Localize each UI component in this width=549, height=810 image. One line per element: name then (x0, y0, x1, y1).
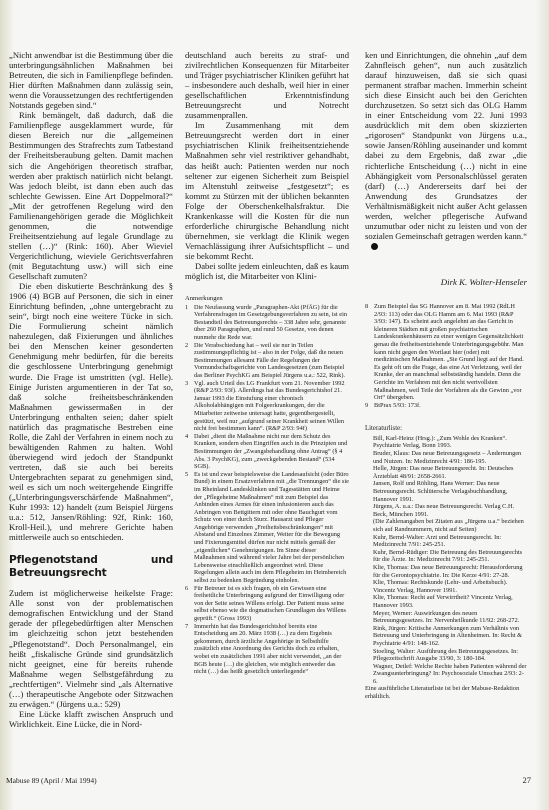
column1-paragraph: Rink bemängelt, daß dadurch, daß die Fam… (9, 110, 173, 281)
footnotes-title: Anmerkungen (185, 295, 349, 303)
footnote: 2 Die Verabschiedung hat – weil sie nur … (185, 342, 349, 380)
literature-entry: Stoeling, Walter: Ausführung des Betreuu… (365, 648, 527, 663)
footnote: 4 Dabei „dient die Maßnahme nicht nur de… (185, 433, 349, 471)
footnote-number: 1 (185, 304, 194, 342)
footnotes: Anmerkungen 1 Die Neufassung wurde „Para… (185, 295, 349, 676)
column1-paragraph: Eine Lücke klafft zwischen Anspruch und … (9, 709, 173, 729)
literature-entry: Helle, Jürgen: Das neue Betreuungsrecht.… (365, 465, 527, 480)
literature-entry: Rink, Jürgen: Kritische Anmerkungen zum … (365, 625, 527, 648)
literature-entry: Bruder, Klaus: Das neue Betreuungsgesetz… (365, 450, 527, 465)
literature-entry: Kuhr, Bernd-Walter: Arzt und Betreuungsr… (365, 534, 527, 549)
footnote-text: Vgl. auch Urteil des LG Frankfurt vom 21… (194, 380, 349, 433)
footnote-text: Dabei „dient die Maßnahme nicht nur dem … (194, 433, 349, 471)
footnote-text: Es ist und zwar beispielsweise die Lande… (194, 471, 349, 585)
column1-paragraph: Zudem ist möglicherweise heikelste Frage… (9, 588, 173, 709)
footnote-text: Für Betreuer ist es sich fragen, ob ein … (194, 585, 349, 623)
section-heading: Pflegenotstand und Betreuungsrecht (9, 554, 173, 580)
column-3: ken und Einrichtungen, die ohnehin „auf … (365, 50, 527, 701)
footnote-number: 5 (185, 471, 194, 585)
column3-paragraph: ken und Einrichtungen, die ohnehin „auf … (365, 50, 527, 251)
footnote: 8 Zum Beispiel das SG Hannover am 8. Mai… (365, 303, 527, 402)
column3-paragraph-text: ken und Einrichtungen, die ohnehin „auf … (365, 50, 527, 241)
literature-entry: Klie, Thomas: Rechtskunde (Lehr- und Arb… (365, 579, 527, 594)
literature-entry: Kuhr, Bernd-Rüdiger: Die Betreuung des B… (365, 549, 527, 564)
publication-footer: Mabuse 89 (April / Mai 1994) (6, 776, 97, 785)
literature-entry: Jürgens, A. u.a.: Das neue Betreuungsrec… (365, 503, 527, 518)
author-signature: Dirk K. Wolter-Henseler (365, 277, 527, 287)
footnote-text: Immerhin hat das Bundesgerichtshof berei… (194, 623, 349, 676)
column-1: „Nicht anwendbar ist die Bestimmung über… (9, 50, 173, 729)
magazine-page: „Nicht anwendbar ist die Bestimmung über… (0, 0, 549, 810)
column2-paragraph: deutschland auch bereits zu straf- und z… (185, 50, 349, 120)
footnote-text: Die Verabschiedung hat – weil sie nur in… (194, 342, 349, 380)
scan-edge-right (535, 0, 549, 810)
page-number: 27 (523, 775, 532, 785)
footnote-number: 3 (185, 380, 194, 433)
column2-paragraph: Dabei sollte jedem einleuchten, daß es k… (185, 261, 349, 281)
footnote: 5 Es ist und zwar beispielsweise die Lan… (185, 471, 349, 585)
footnote-number: 6 (185, 585, 194, 623)
footnote: 1 Die Neufassung wurde „Paragraphen-Akt … (185, 304, 349, 342)
footnote: 6 Für Betreuer ist es sich fragen, ob ei… (185, 585, 349, 623)
footnote-number: 4 (185, 433, 194, 471)
footnote-number: 8 (365, 303, 374, 402)
footnotes-continued: 8 Zum Beispiel das SG Hannover am 8. Mai… (365, 303, 527, 701)
literature-entry: Meyer, Werner: Auswirkungen des neuen Be… (365, 610, 527, 625)
footnote-text: BtPrax 5/93: 173f. (374, 402, 527, 410)
literature-entry: Klie, Thomas: Recht auf Verwirrtheit? Vi… (365, 594, 527, 609)
literature-entry: (Die Zahlenangaben bei Zitaten aus „Jürg… (365, 518, 527, 533)
footnote-text: Zum Beispiel das SG Hannover am 8. Mai 1… (374, 303, 527, 402)
footnote-number: 2 (185, 342, 194, 380)
literature-title: Literaturliste: (365, 425, 527, 433)
footnote: 7 Immerhin hat das Bundesgerichtshof ber… (185, 623, 349, 676)
column-2: deutschland auch bereits zu straf- und z… (185, 50, 349, 676)
column1-paragraph: Die eben diskutierte Beschränkung des § … (9, 281, 173, 542)
literature-footer-note: Eine ausführliche Literaturliste ist bei… (365, 685, 527, 700)
literature-entry: Wagner, Detlef: Welche Rechte haben Pati… (365, 663, 527, 686)
column1-paragraph: „Nicht anwendbar ist die Bestimmung über… (9, 50, 173, 110)
literature-entry: Bill, Karl-Heinz (Hrsg.): „Zum Wohle des… (365, 435, 527, 450)
literature-entry: Jansen, Rolf und Röhling, Hans Werner: D… (365, 480, 527, 503)
footnote-number: 7 (185, 623, 194, 676)
literature-entry: Klie, Thomas: Das neue Betreuungsrecht: … (365, 564, 527, 579)
footnote: 3 Vgl. auch Urteil des LG Frankfurt vom … (185, 380, 349, 433)
column2-paragraph: Im Zusammenhang mit dem Betreuungsrecht … (185, 120, 349, 261)
end-of-article-bullet-icon (371, 243, 378, 250)
footnote-number: 9 (365, 402, 374, 410)
footnote: 9 BtPrax 5/93: 173f. (365, 402, 527, 410)
footnote-text: Die Neufassung wurde „Paragraphen-Akt (P… (194, 304, 349, 342)
